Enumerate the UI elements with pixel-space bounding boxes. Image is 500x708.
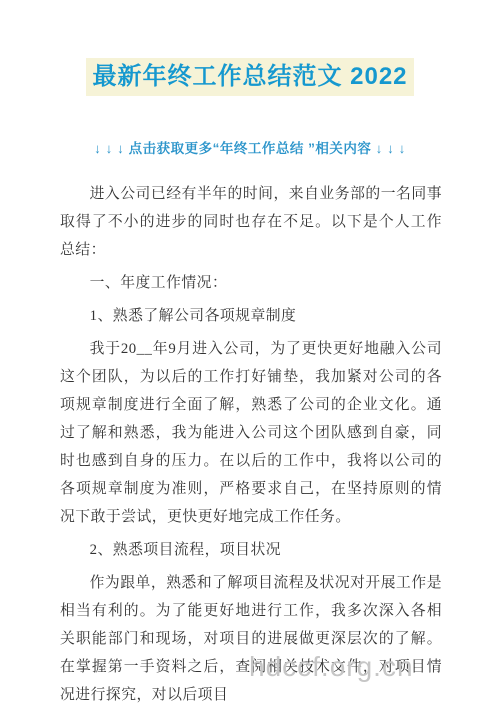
document-body: 进入公司已经有半年的时间，来自业务部的一名同事取得了不小的进步的同时也存在不足。… — [60, 180, 442, 708]
title-row: 最新年终工作总结范文 2022 — [0, 58, 500, 96]
heading-item-1: 1、熟悉了解公司各项规章制度 — [60, 302, 442, 330]
related-content-link[interactable]: ↓ ↓ ↓ 点击获取更多“年终工作总结 ”相关内容 ↓ ↓ ↓ — [0, 137, 500, 157]
paragraph-item-2: 作为跟单，熟悉和了解项目流程及状况对开展工作是相当有利的。为了能更好地进行工作，… — [60, 569, 442, 708]
paragraph-intro: 进入公司已经有半年的时间，来自业务部的一名同事取得了不小的进步的同时也存在不足。… — [60, 180, 442, 264]
document-page: 最新年终工作总结范文 2022 ↓ ↓ ↓ 点击获取更多“年终工作总结 ”相关内… — [0, 0, 500, 708]
site-watermark: hdccf.org.cn — [249, 651, 414, 683]
page-title: 最新年终工作总结范文 2022 — [86, 58, 413, 96]
heading-item-2: 2、熟悉项目流程，项目状况 — [60, 536, 442, 564]
paragraph-item-1: 我于20__年9月进入公司，为了更快更好地融入公司这个团队，为以后的工作打好铺垫… — [60, 335, 442, 531]
heading-section-1: 一、年度工作情况： — [60, 269, 442, 297]
